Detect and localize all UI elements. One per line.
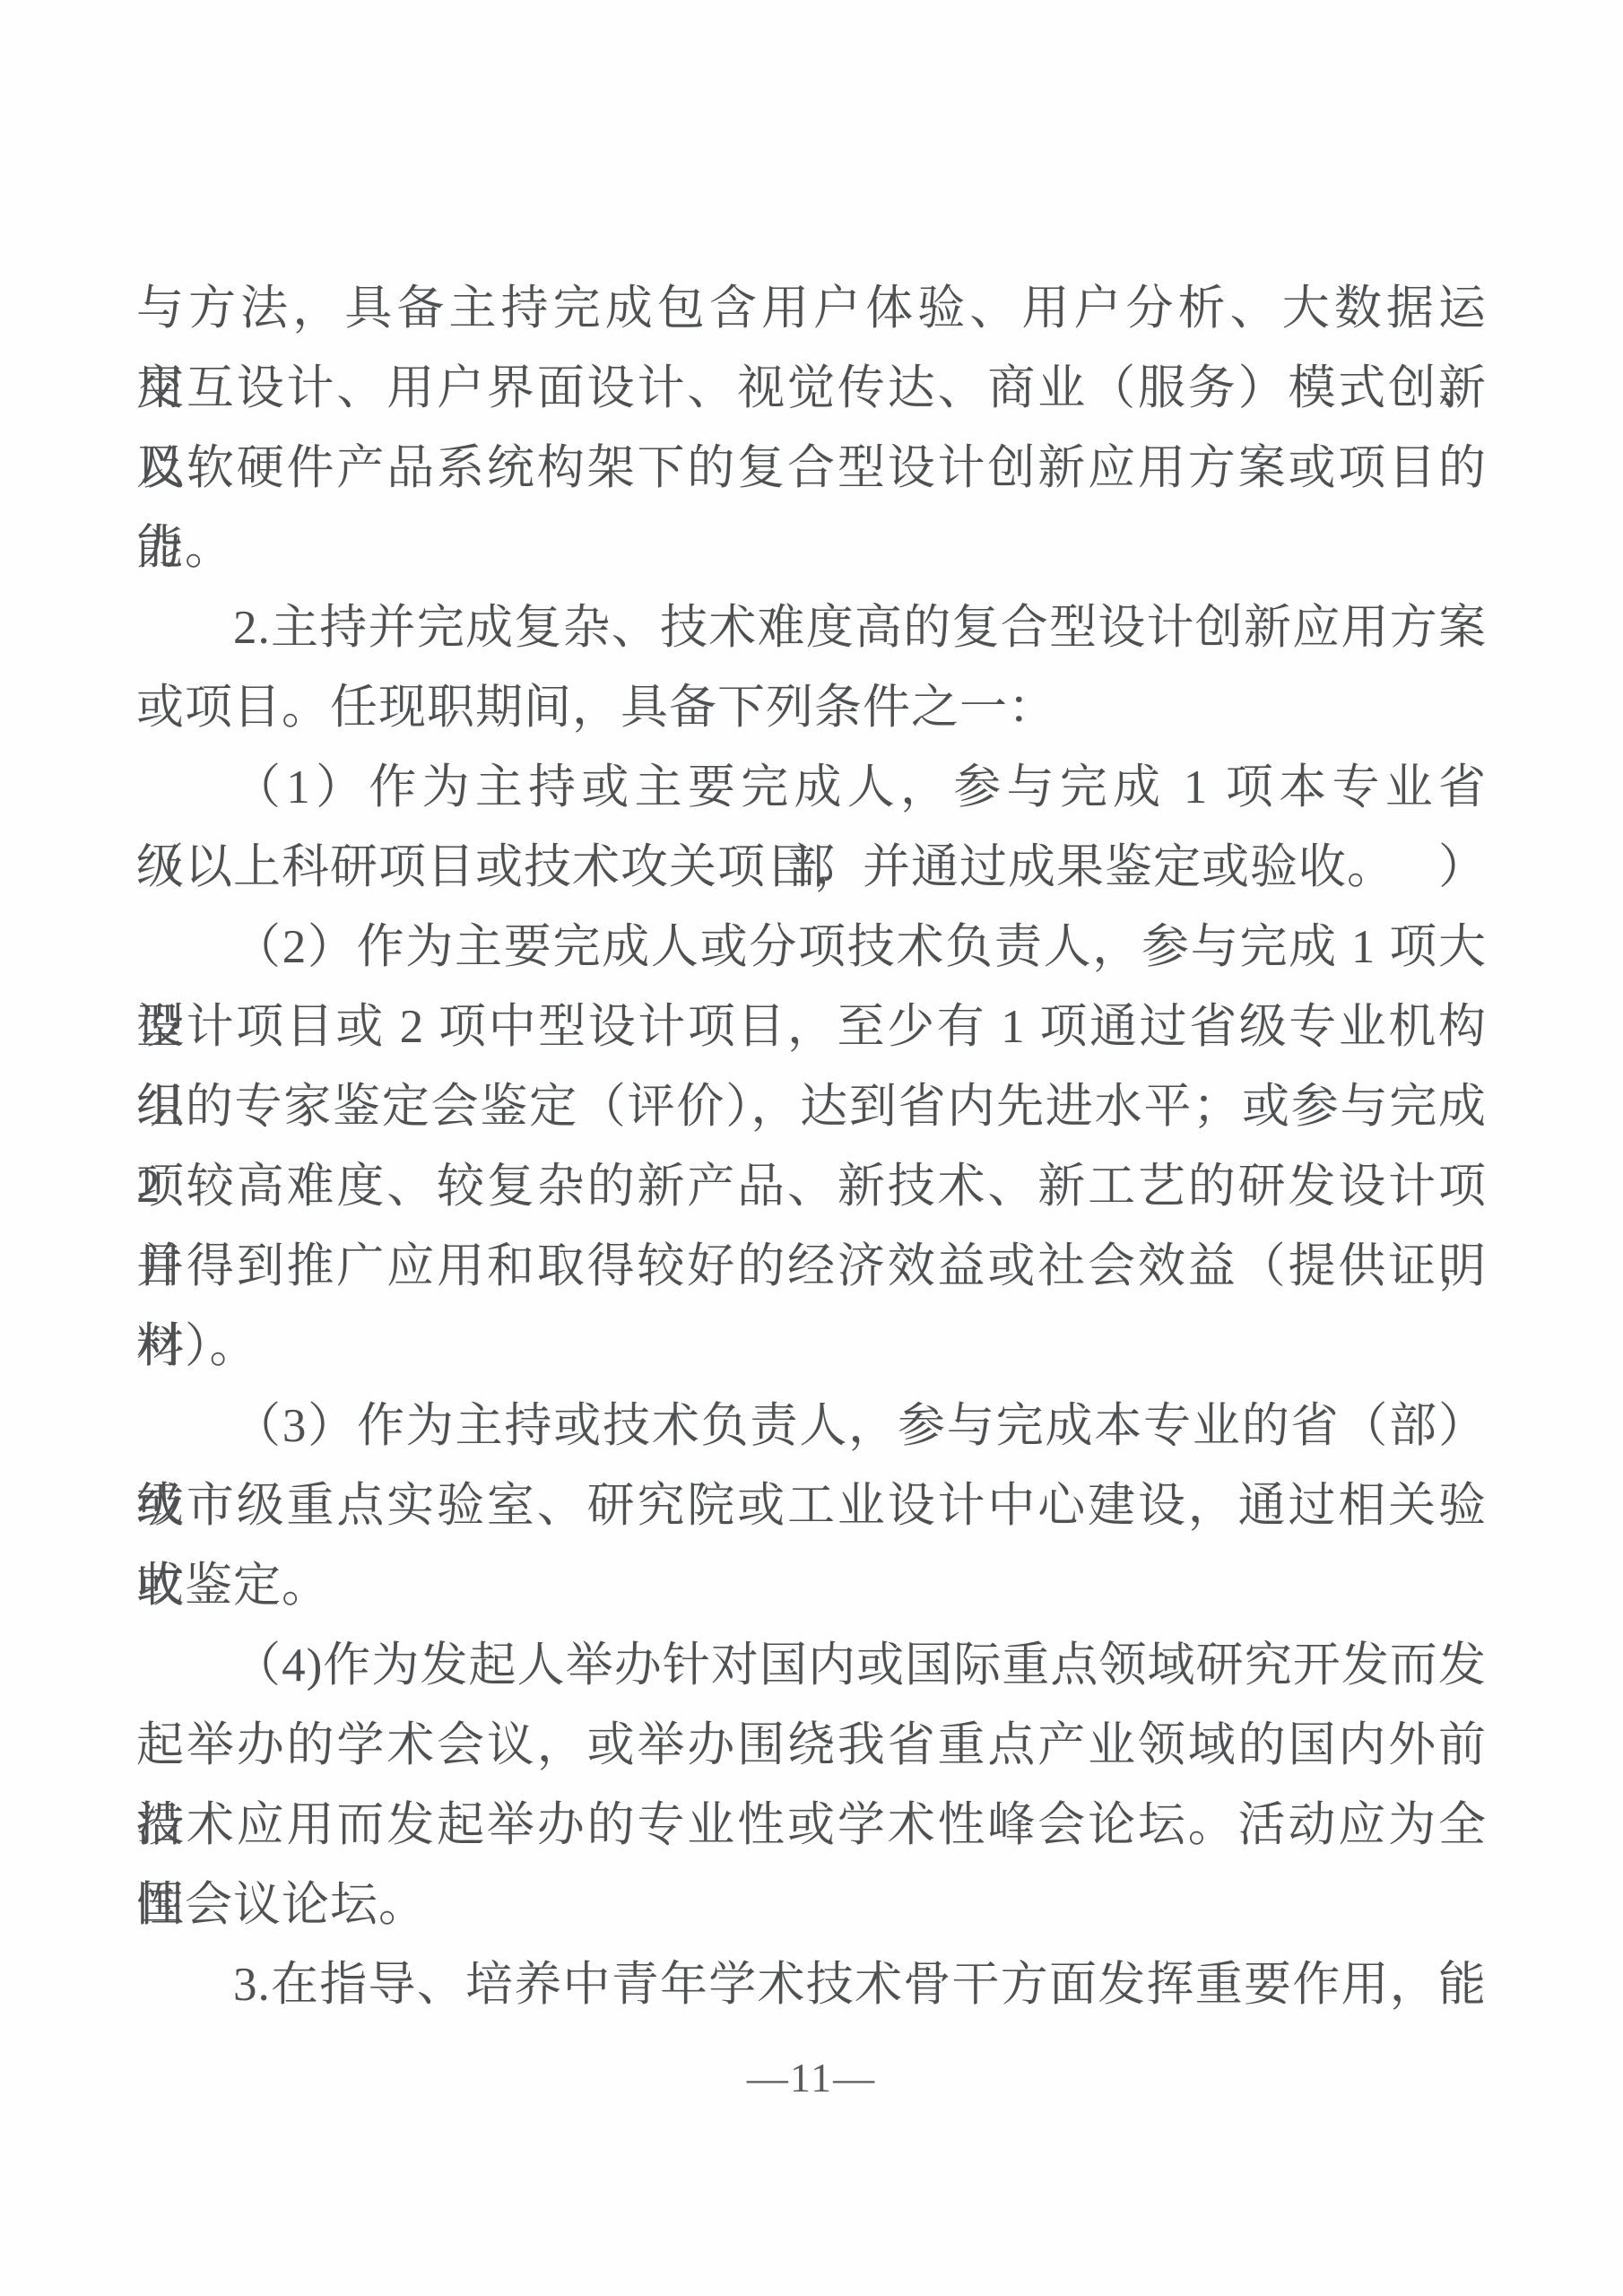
text-line: （3）作为主持或技术负责人，参与完成本专业的省（部）级 [136,1387,1487,1466]
page-number: —11— [0,2054,1623,2101]
text-line: （4)作为发起人举办针对国内或国际重点领域研究开发而发 [136,1626,1487,1706]
text-line: 级以上科研项目或技术攻关项目，并通过成果鉴定或验收。 [136,828,1487,908]
text-line: 3.在指导、培养中青年学术技术骨干方面发挥重要作用，能 [136,1945,1487,2025]
text-line: 2.主持并完成复杂、技术难度高的复合型设计创新应用方案 [136,588,1487,668]
text-line: 技术应用而发起举办的专业性或学术性峰会论坛。活动应为全国 [136,1786,1487,1865]
text-line: 织的专家鉴定会鉴定（评价），达到省内先进水平；或参与完成 2 [136,1067,1487,1147]
document-body: 与方法，具备主持完成包含用户体验、用户分析、大数据运用、交互设计、用户界面设计、… [136,269,1487,2025]
text-line: 交互设计、用户界面设计、视觉传达、商业（服务）模式创新以 [136,349,1487,429]
text-line: 项较高难度、较复杂的新产品、新技术、新工艺的研发设计项目， [136,1147,1487,1227]
text-line: （1）作为主持或主要完成人，参与完成 1 项本专业省（部） [136,748,1487,828]
text-line: 料）。 [136,1307,1487,1387]
text-line: 性会议论坛。 [136,1865,1487,1945]
text-line: 与方法，具备主持完成包含用户体验、用户分析、大数据运用、 [136,269,1487,349]
text-line: 或鉴定。 [136,1546,1487,1626]
text-line: （2）作为主要完成人或分项技术负责人，参与完成 1 项大型 [136,908,1487,987]
text-line: 力。 [136,509,1487,588]
text-line: 设计项目或 2 项中型设计项目，至少有 1 项通过省级专业机构组 [136,987,1487,1067]
text-line: 及软硬件产品系统构架下的复合型设计创新应用方案或项目的能 [136,429,1487,509]
text-line: 起举办的学术会议，或举办围绕我省重点产业领域的国内外前沿 [136,1706,1487,1786]
text-line: 或项目。任现职期间，具备下列条件之一： [136,668,1487,748]
text-line: 或市级重点实验室、研究院或工业设计中心建设，通过相关验收 [136,1466,1487,1546]
document-page: 与方法，具备主持完成包含用户体验、用户分析、大数据运用、交互设计、用户界面设计、… [0,0,1623,2296]
text-line: 并得到推广应用和取得较好的经济效益或社会效益（提供证明材 [136,1227,1487,1307]
